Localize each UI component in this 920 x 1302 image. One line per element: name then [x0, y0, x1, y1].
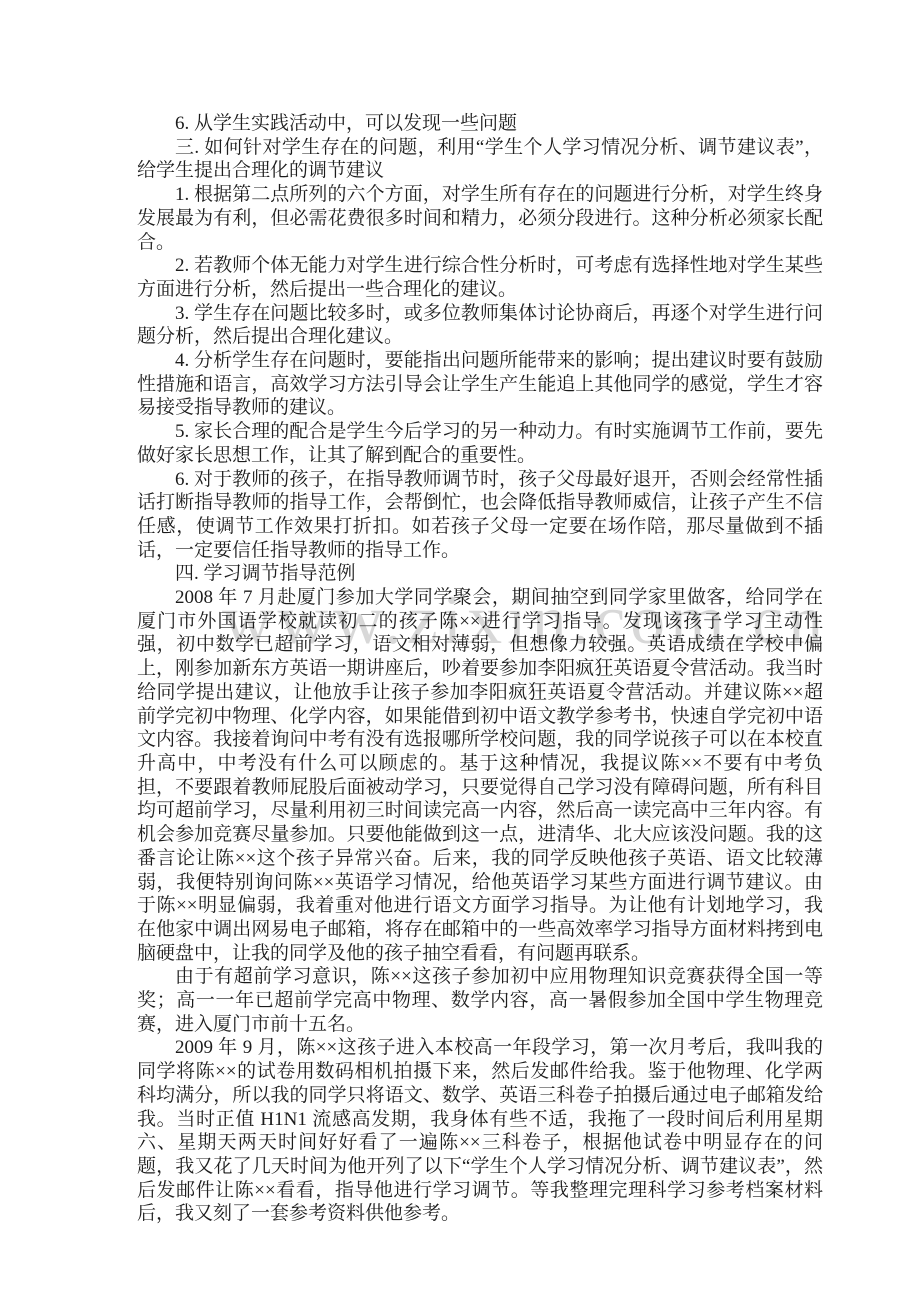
paragraph-point-6: 6. 对于教师的孩子，在指导教师调节时，孩子父母最好退开，否则会经常性插话打断指… — [137, 468, 823, 563]
paragraph-point-2: 2. 若教师个体无能力对学生进行综合性分析时，可考虑有选择性地对学生某些方面进行… — [137, 254, 823, 301]
document-body: 6. 从学生实践活动中，可以发现一些问题 三. 如何针对学生存在的问题，利用“学… — [137, 112, 823, 1226]
paragraph-list-item-6: 6. 从学生实践活动中，可以发现一些问题 — [137, 112, 823, 136]
paragraph-section-heading-four: 四. 学习调节指导范例 — [137, 562, 823, 586]
paragraph-competition-results: 由于有超前学习意识，陈××这孩子参加初中应用物理知识竞赛获得全国一等奖；高一一年… — [137, 965, 823, 1036]
paragraph-point-5: 5. 家长合理的配合是学生今后学习的另一种动力。有时实施调节工作前，要先做好家长… — [137, 420, 823, 467]
paragraph-example-2008: 2008 年 7 月赴厦门参加大学同学聚会，期间抽空到同学家里做客，给同学在厦门… — [137, 586, 823, 965]
paragraph-point-3: 3. 学生存在问题比较多时，或多位教师集体讨论协商后，再逐个对学生进行问题分析，… — [137, 302, 823, 349]
paragraph-example-2009: 2009 年 9 月，陈××这孩子进入本校高一年段学习，第一次月考后，我叫我的同… — [137, 1036, 823, 1226]
paragraph-section-heading-three: 三. 如何针对学生存在的问题，利用“学生个人学习情况分析、调节建议表”，给学生提… — [137, 136, 823, 183]
paragraph-point-4: 4. 分析学生存在问题时，要能指出问题所能带来的影响；提出建议时要有鼓励性措施和… — [137, 349, 823, 420]
paragraph-point-1: 1. 根据第二点所列的六个方面，对学生所有存在的问题进行分析，对学生终身发展最为… — [137, 183, 823, 254]
document-page: www.zixin.com.cn 6. 从学生实践活动中，可以发现一些问题 三.… — [0, 0, 920, 1302]
